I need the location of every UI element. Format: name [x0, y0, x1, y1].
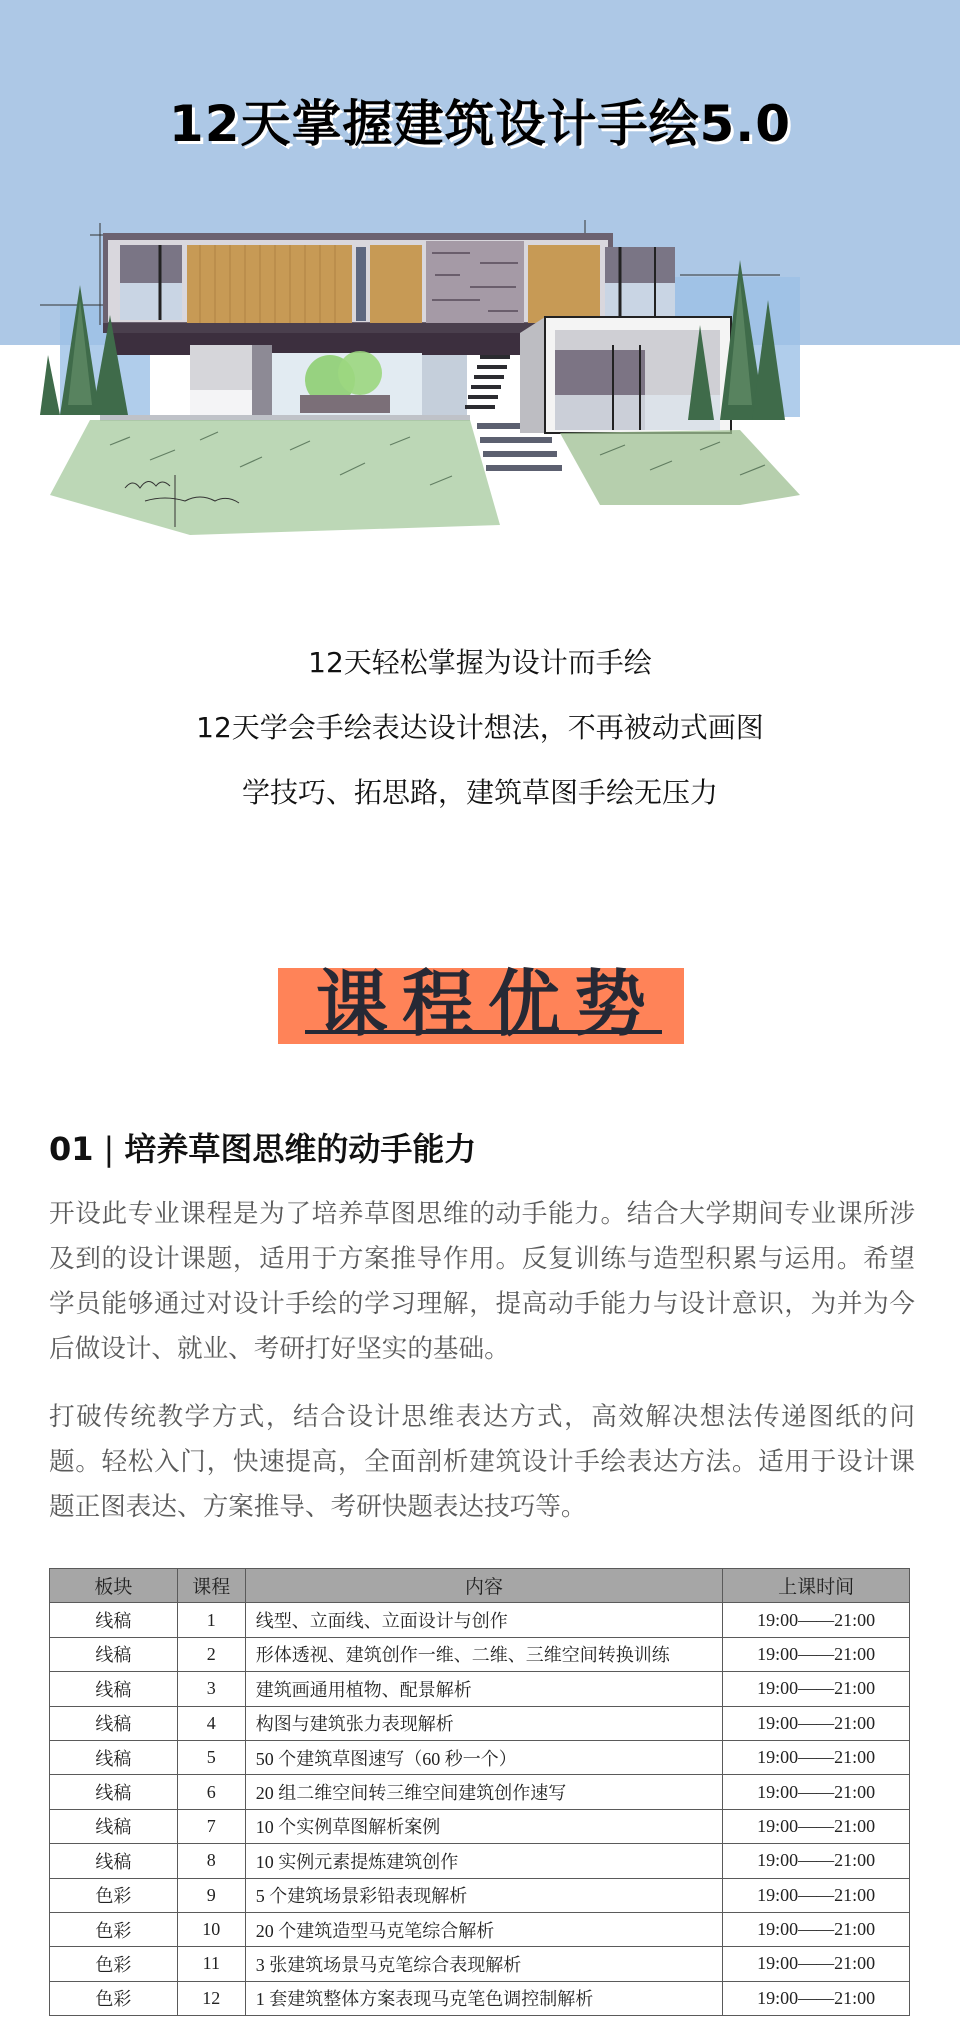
- cell-time: 19:00——21:00: [723, 1672, 910, 1706]
- cell-module: 线稿: [50, 1603, 178, 1637]
- cell-module: 色彩: [50, 1878, 178, 1912]
- table-row: 色彩121 套建筑整体方案表现马克笔色调控制解析19:00——21:00: [50, 1981, 910, 2015]
- house-sketch-illustration: [40, 205, 920, 535]
- intro-line: 学技巧、拓思路，建筑草图手绘无压力: [0, 770, 960, 835]
- cell-content: 建筑画通用植物、配景解析: [245, 1672, 722, 1706]
- cell-lesson: 6: [177, 1775, 245, 1809]
- feature-paragraph: 开设此专业课程是为了培养草图思维的动手能力。结合大学期间专业课所涉及到的设计课题…: [49, 1192, 915, 1372]
- table-row: 色彩95 个建筑场景彩铅表现解析19:00——21:00: [50, 1878, 910, 1912]
- column-header-module: 板块: [50, 1569, 178, 1603]
- cell-lesson: 7: [177, 1809, 245, 1843]
- feature-number: 01: [49, 1130, 94, 1168]
- table-row: 线稿2形体透视、建筑创作一维、二维、三维空间转换训练19:00——21:00: [50, 1637, 910, 1671]
- cell-content: 3 张建筑场景马克笔综合表现解析: [245, 1947, 722, 1981]
- cell-module: 色彩: [50, 1947, 178, 1981]
- section-banner-title: 课程优势: [278, 946, 684, 1050]
- column-header-time: 上课时间: [723, 1569, 910, 1603]
- cell-module: 线稿: [50, 1672, 178, 1706]
- cell-time: 19:00——21:00: [723, 1947, 910, 1981]
- cell-module: 线稿: [50, 1740, 178, 1774]
- cell-lesson: 11: [177, 1947, 245, 1981]
- section-banner-underline: [305, 1030, 662, 1034]
- cell-module: 线稿: [50, 1809, 178, 1843]
- cell-time: 19:00——21:00: [723, 1878, 910, 1912]
- intro-line: 12天学会手绘表达设计想法，不再被动式画图: [0, 705, 960, 770]
- table-row: 线稿810 实例元素提炼建筑创作19:00——21:00: [50, 1844, 910, 1878]
- cell-time: 19:00——21:00: [723, 1603, 910, 1637]
- cell-time: 19:00——21:00: [723, 1809, 910, 1843]
- cell-content: 50 个建筑草图速写（60 秒一个）: [245, 1740, 722, 1774]
- table-row: 线稿1线型、立面线、立面设计与创作19:00——21:00: [50, 1603, 910, 1637]
- table-row: 线稿4构图与建筑张力表现解析19:00——21:00: [50, 1706, 910, 1740]
- cell-lesson: 4: [177, 1706, 245, 1740]
- cell-content: 20 组二维空间转三维空间建筑创作速写: [245, 1775, 722, 1809]
- cell-content: 1 套建筑整体方案表现马克笔色调控制解析: [245, 1981, 722, 2015]
- cell-lesson: 12: [177, 1981, 245, 2015]
- cell-time: 19:00——21:00: [723, 1706, 910, 1740]
- cell-module: 色彩: [50, 1981, 178, 2015]
- page-title: 12天掌握建筑设计手绘5.0: [0, 84, 960, 156]
- feature-separator: |: [104, 1130, 115, 1168]
- cell-lesson: 8: [177, 1844, 245, 1878]
- cell-content: 形体透视、建筑创作一维、二维、三维空间转换训练: [245, 1637, 722, 1671]
- cell-module: 色彩: [50, 1912, 178, 1946]
- cell-content: 线型、立面线、立面设计与创作: [245, 1603, 722, 1637]
- cell-content: 构图与建筑张力表现解析: [245, 1706, 722, 1740]
- table-row: 线稿550 个建筑草图速写（60 秒一个）19:00——21:00: [50, 1740, 910, 1774]
- cell-time: 19:00——21:00: [723, 1912, 910, 1946]
- column-header-lesson: 课程: [177, 1569, 245, 1603]
- cell-module: 线稿: [50, 1706, 178, 1740]
- cell-time: 19:00——21:00: [723, 1981, 910, 2015]
- table-header-row: 板块 课程 内容 上课时间: [50, 1569, 910, 1603]
- cell-lesson: 3: [177, 1672, 245, 1706]
- cell-lesson: 5: [177, 1740, 245, 1774]
- cell-lesson: 2: [177, 1637, 245, 1671]
- cell-lesson: 9: [177, 1878, 245, 1912]
- intro-block: 12天轻松掌握为设计而手绘 12天学会手绘表达设计想法，不再被动式画图 学技巧、…: [0, 640, 960, 835]
- feature-paragraph: 打破传统教学方式，结合设计思维表达方式，高效解决想法传递图纸的问题。轻松入门，快…: [49, 1395, 915, 1530]
- intro-line: 12天轻松掌握为设计而手绘: [0, 640, 960, 705]
- cell-time: 19:00——21:00: [723, 1775, 910, 1809]
- cell-content: 10 个实例草图解析案例: [245, 1809, 722, 1843]
- cell-time: 19:00——21:00: [723, 1740, 910, 1774]
- cell-content: 20 个建筑造型马克笔综合解析: [245, 1912, 722, 1946]
- table-row: 色彩1020 个建筑造型马克笔综合解析19:00——21:00: [50, 1912, 910, 1946]
- feature-title: 培养草图思维的动手能力: [124, 1130, 476, 1168]
- cell-module: 线稿: [50, 1637, 178, 1671]
- column-header-content: 内容: [245, 1569, 722, 1603]
- cell-content: 5 个建筑场景彩铅表现解析: [245, 1878, 722, 1912]
- cell-time: 19:00——21:00: [723, 1844, 910, 1878]
- table-row: 色彩113 张建筑场景马克笔综合表现解析19:00——21:00: [50, 1947, 910, 1981]
- table-row: 线稿620 组二维空间转三维空间建筑创作速写19:00——21:00: [50, 1775, 910, 1809]
- cell-content: 10 实例元素提炼建筑创作: [245, 1844, 722, 1878]
- cell-time: 19:00——21:00: [723, 1637, 910, 1671]
- course-schedule-table: 板块 课程 内容 上课时间 线稿1线型、立面线、立面设计与创作19:00——21…: [49, 1568, 910, 2016]
- cell-lesson: 1: [177, 1603, 245, 1637]
- table-row: 线稿3建筑画通用植物、配景解析19:00——21:00: [50, 1672, 910, 1706]
- table-row: 线稿710 个实例草图解析案例19:00——21:00: [50, 1809, 910, 1843]
- cell-lesson: 10: [177, 1912, 245, 1946]
- cell-module: 线稿: [50, 1775, 178, 1809]
- feature-heading: 01|培养草图思维的动手能力: [49, 1124, 476, 1170]
- cell-module: 线稿: [50, 1844, 178, 1878]
